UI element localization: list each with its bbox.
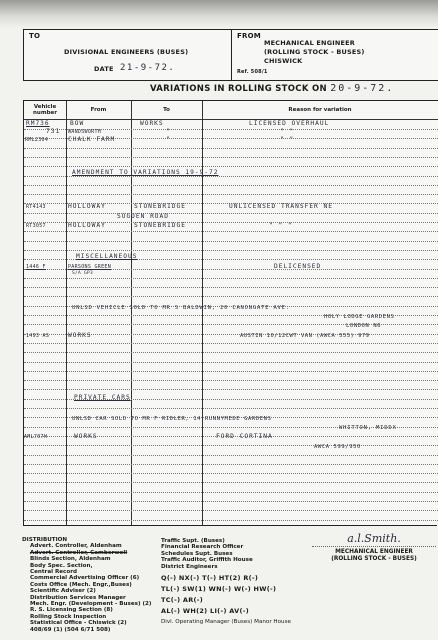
from-line-2: (ROLLING STOCK - BUSES) <box>264 48 365 56</box>
garage-code: AL(-) WH(2) LI(-) AV(-) <box>161 606 291 617</box>
ruled-line <box>24 241 438 242</box>
distribution-item: District Engineers <box>161 564 291 570</box>
row-rt4143-reason: UNLICENSED TRANSFER NE <box>229 203 333 211</box>
ruled-line <box>24 510 438 511</box>
row-rt3057-to: STONEBRIDGE <box>134 222 186 230</box>
row-rt4143-vehicle: RT4143 <box>26 203 46 211</box>
ruled-line <box>24 445 438 446</box>
ruled-line <box>24 371 438 372</box>
row-rt4143-to-2: SUGDEN ROAD <box>117 213 169 221</box>
ref-number: Ref. 508/1 <box>237 69 268 75</box>
ruled-line <box>24 380 438 381</box>
row-1-from: BOW <box>70 120 84 128</box>
signature: a.l.Smith. <box>312 532 436 547</box>
row-rt4143-from: HOLLOWAY <box>68 203 106 211</box>
sold-note-3: LONDON N6 <box>346 322 381 330</box>
row-3-vehicle: RML2304 <box>25 136 48 144</box>
column-divider <box>131 101 132 526</box>
row-3-to: " <box>166 136 171 144</box>
private-cars-heading: PRIVATE CARS <box>74 394 131 402</box>
row-aml707h-reason-2: AWCA 599/950 <box>314 443 361 451</box>
column-header-from: From <box>66 101 131 119</box>
row-rt3057-from: HOLLOWAY <box>68 222 106 230</box>
ruled-line <box>24 389 438 390</box>
garage-code: TC(-) AR(-) <box>161 595 291 606</box>
column-header-vehicle: Vehicle number <box>24 101 66 119</box>
date-value: 21-9-72. <box>120 63 175 73</box>
ruled-line <box>24 250 438 251</box>
ruled-line <box>24 296 438 297</box>
row-2-reason: " " <box>280 128 294 136</box>
column-divider <box>202 101 203 526</box>
row-1-reason: LICENSED OVERHAUL <box>249 120 329 128</box>
from-line-3: CHISWICK <box>264 57 302 65</box>
ruled-line <box>24 473 438 474</box>
signature-block: a.l.Smith. MECHANICAL ENGINEER (ROLLING … <box>312 532 436 563</box>
garage-code: TL(-) SW(1) WN(-) W(-) HW(-) <box>161 584 291 595</box>
ruled-line <box>24 287 438 288</box>
distribution-list: DISTRIBUTION Advert. Controller, Aldenha… <box>22 537 151 633</box>
row-1446f-vehicle: 1446 F <box>26 263 46 271</box>
amendment-heading: AMENDMENT TO VARIATIONS 19-9-72 <box>72 169 218 177</box>
from-line-1: MECHANICAL ENGINEER <box>264 39 355 47</box>
ruled-line <box>24 455 438 456</box>
ruled-line <box>24 166 438 167</box>
ruled-line <box>24 231 438 232</box>
row-rt3057-reason: " " " <box>269 222 293 230</box>
page-title: VARIATIONS IN ROLLING STOCK ON 20-9-72. <box>150 83 394 94</box>
ruled-line <box>24 148 438 149</box>
row-1493as-reason: AUSTIN 10/12CWT VAN (AWCA 555) 979 <box>240 332 370 340</box>
ruled-line <box>24 501 438 502</box>
to-value: DIVISIONAL ENGINEERS (BUSES) <box>64 48 188 56</box>
distribution-item: Commercial Advertising Officer (6) <box>22 575 151 581</box>
date-label: DATE <box>94 65 114 73</box>
ruled-line <box>24 492 438 493</box>
sold-note-1: UNLSD VEHICLE SOLD TO MR S BALDWIN, 20 C… <box>72 304 290 312</box>
row-1-vehicle: RM736 <box>26 120 50 128</box>
ruled-line <box>24 213 438 214</box>
row-aml707h-reason: FORD CORTINA <box>216 433 273 441</box>
title-text: VARIATIONS IN ROLLING STOCK ON <box>150 84 327 94</box>
rolling-stock-variation-form: TO DIVISIONAL ENGINEERS (BUSES) DATE 21-… <box>0 0 438 640</box>
variations-table: Vehicle number From To Reason for variat… <box>23 100 438 526</box>
ruled-line <box>24 464 438 465</box>
column-divider <box>66 101 67 526</box>
header-rule <box>24 119 438 120</box>
ruled-line <box>24 194 438 195</box>
row-2-vehicle: 731 <box>46 128 60 136</box>
sold-note-2: HOLY LODGE GARDENS <box>324 313 394 321</box>
header-divider <box>231 30 232 80</box>
ruled-line <box>24 362 438 363</box>
car-sold-note-2: WHITTON, MIDDX <box>339 424 397 432</box>
car-sold-note-1: UNLSD CAR SOLD TO MR F RIDLER, 14 RUNNYM… <box>72 415 271 423</box>
signature-role-1: MECHANICAL ENGINEER <box>312 549 436 556</box>
column-header-to: To <box>131 101 202 119</box>
ruled-line <box>24 352 438 353</box>
row-rt4143-to: STONEBRIDGE <box>134 203 186 211</box>
row-rt3057-vehicle: RT3057 <box>26 222 46 230</box>
row-2-to: " <box>166 128 171 136</box>
row-2-from: WANDSWORTH <box>68 128 101 136</box>
distribution-item: 408/69 (1) (504 6/71 508) <box>22 627 151 633</box>
table-bottom-rule <box>23 525 437 526</box>
ruled-line <box>24 408 438 409</box>
row-1493as-from: WORKS <box>68 332 92 340</box>
row-3-from: CHALK FARM <box>68 136 115 144</box>
row-aml707h-vehicle: AML707H <box>24 433 47 441</box>
column-header-reason: Reason for variation <box>202 101 438 119</box>
row-3-reason: " " <box>280 136 294 144</box>
ruled-line <box>24 185 438 186</box>
ruled-line <box>24 343 438 344</box>
ruled-line <box>24 520 438 521</box>
row-1493as-vehicle: 1493 AS <box>26 332 49 340</box>
distribution-list-middle: Traffic Supt. (Buses) Financial Research… <box>161 538 291 625</box>
garage-code: Q(-) NX(-) T(-) HT(2) R(-) <box>161 573 291 584</box>
header-box: TO DIVISIONAL ENGINEERS (BUSES) DATE 21-… <box>23 29 438 81</box>
signature-role-2: (ROLLING STOCK - BUSES) <box>312 556 436 563</box>
to-label: TO <box>29 32 40 40</box>
row-aml707h-from: WORKS <box>74 433 98 441</box>
from-label: FROM <box>237 32 261 40</box>
row-1-to: WORKS <box>140 120 164 128</box>
ruled-line <box>24 157 438 158</box>
ruled-line <box>24 482 438 483</box>
miscellaneous-heading: MISCELLANEOUS <box>76 253 137 261</box>
row-1446f-reason: DELICENSED <box>274 263 321 271</box>
row-1446f-from-2: S/A GP3 <box>72 270 93 278</box>
title-date: 20-9-72. <box>330 83 394 94</box>
distribution-last-line: Divl. Operating Manager (Buses) Manor Ho… <box>161 619 291 625</box>
